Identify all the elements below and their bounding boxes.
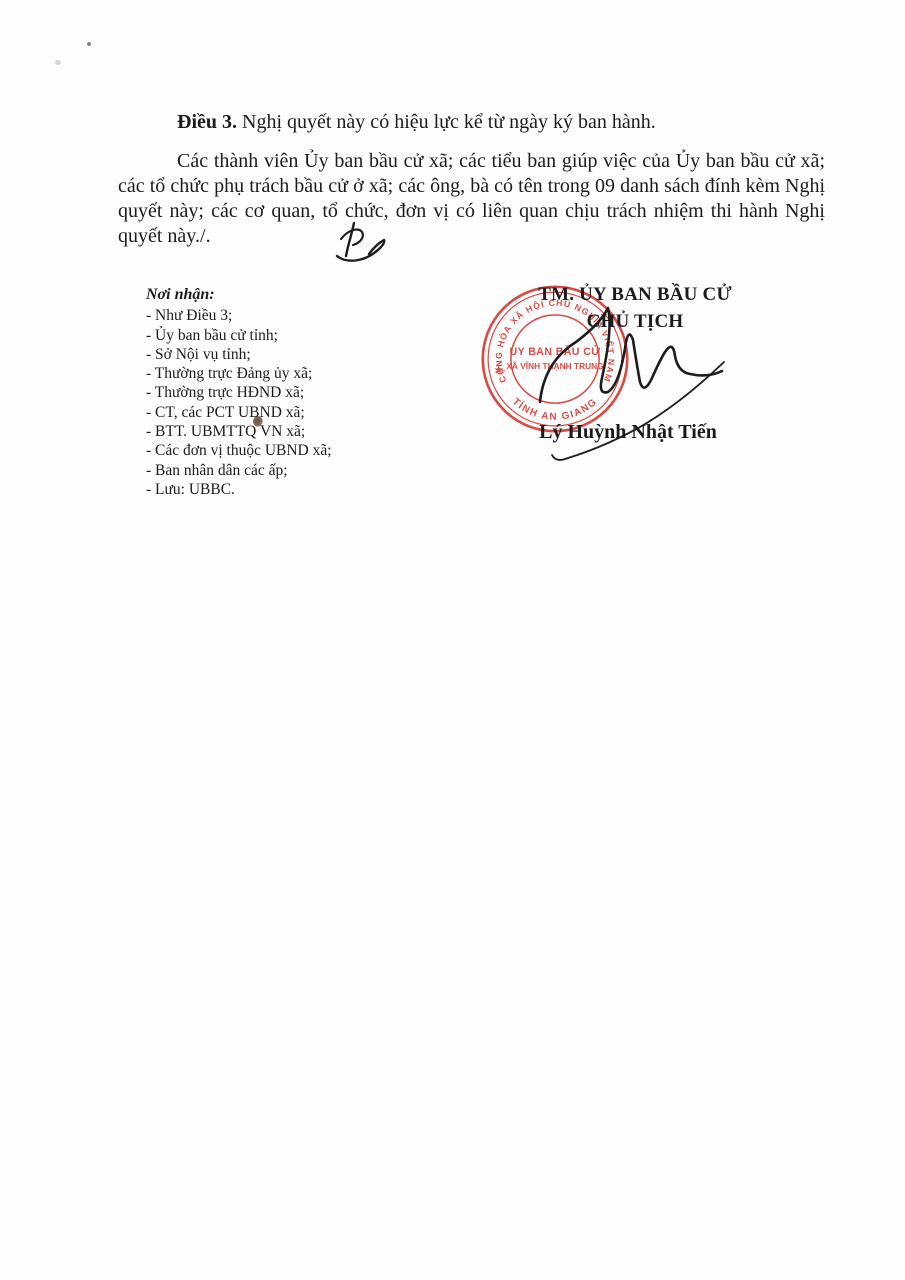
- article-3-text: Nghị quyết này có hiệu lực kể từ ngày ký…: [237, 111, 656, 133]
- scan-speck: [55, 60, 61, 65]
- handwritten-initials: [333, 217, 391, 267]
- recipient-item: - Ban nhân dân các ấp;: [146, 461, 332, 480]
- recipient-item: - Như Điều 3;: [146, 306, 332, 325]
- document-body: Điều 3. Nghị quyết này có hiệu lực kể từ…: [118, 110, 825, 249]
- article-3-line: Điều 3. Nghị quyết này có hiệu lực kể từ…: [118, 110, 825, 135]
- recipient-item: - Các đơn vị thuộc UBND xã;: [146, 441, 332, 460]
- body-paragraph: Các thành viên Ủy ban bầu cử xã; các tiể…: [118, 149, 825, 249]
- recipients-heading: Nơi nhận:: [146, 285, 332, 304]
- recipient-item: - BTT. UBMTTQ VN xã;: [146, 422, 332, 441]
- recipient-item: - Ủy ban bầu cử tỉnh;: [146, 326, 332, 345]
- recipient-item: - Lưu: UBBC.: [146, 480, 332, 499]
- recipient-item: - Thường trực Đảng ủy xã;: [146, 364, 332, 383]
- recipient-item: - Sở Nội vụ tỉnh;: [146, 345, 332, 364]
- recipients-block: Nơi nhận: - Như Điều 3; - Ủy ban bầu cử …: [146, 285, 332, 499]
- recipient-item: - Thường trực HĐND xã;: [146, 383, 332, 402]
- star-icon: ★: [494, 364, 504, 376]
- scan-speck: [87, 42, 91, 46]
- recipient-item: - CT, các PCT UBND xã;: [146, 403, 332, 422]
- handwritten-signature: [528, 300, 750, 475]
- document-page: Điều 3. Nghị quyết này có hiệu lực kể từ…: [0, 0, 905, 1280]
- article-3-label: Điều 3.: [177, 111, 237, 133]
